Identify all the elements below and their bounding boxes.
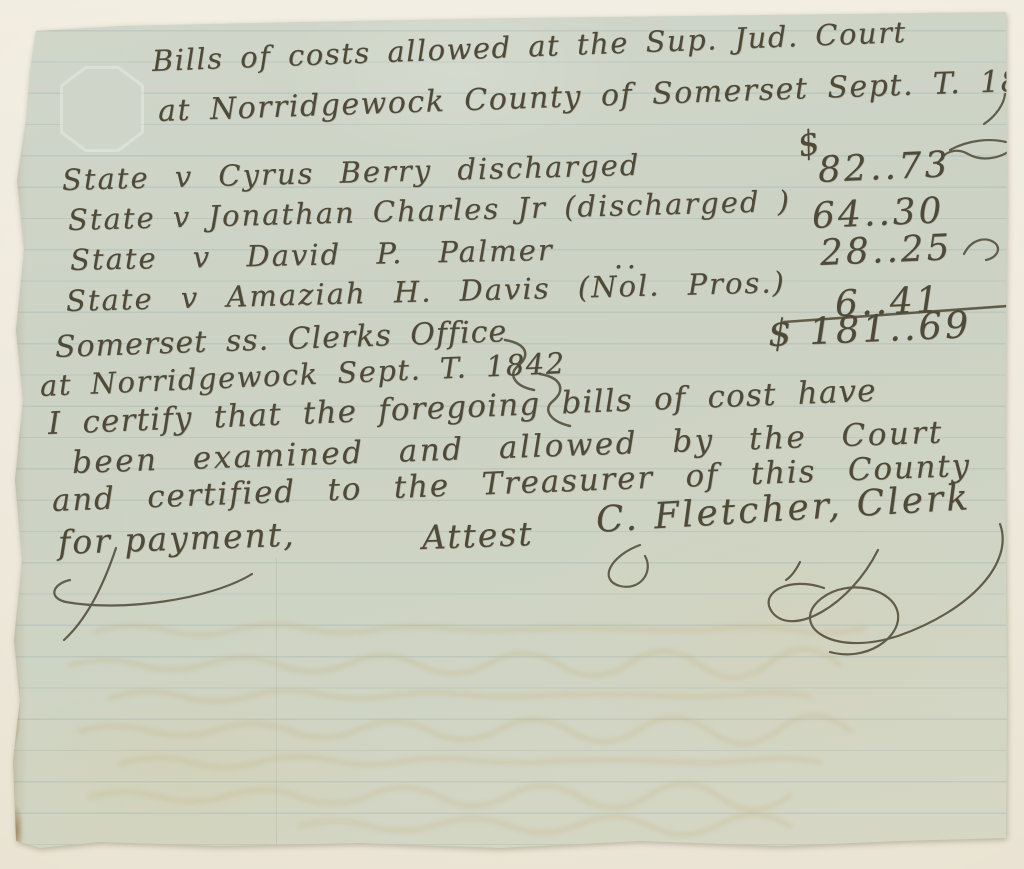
attest-label: Attest	[421, 514, 534, 557]
torn-left-edge	[8, 22, 26, 855]
signature-loop-b	[769, 550, 878, 621]
total-amount: $ 181..69	[767, 303, 972, 355]
signature-comma	[786, 562, 800, 580]
amount3-flourish	[964, 239, 998, 260]
case-amount-1: 82..73	[817, 144, 951, 191]
document-page: Bills of costs allowed at the Sup. Jud. …	[0, 0, 1024, 869]
dollar-line-dash	[950, 140, 1006, 150]
f-descender	[64, 548, 116, 640]
payment-swash	[54, 574, 252, 606]
scan-background: Bills of costs allowed at the Sup. Jud. …	[0, 0, 1024, 869]
case-name-3: State v David P. Palmer	[70, 233, 554, 277]
certification-line-4: for payment,	[57, 515, 296, 562]
attest-c-flourish	[609, 545, 648, 587]
embossed-seal	[60, 66, 144, 152]
fold-crease	[276, 558, 278, 845]
signature-loop-a	[810, 524, 1003, 654]
county-tail	[1008, 472, 1017, 502]
case-amount-3: 28..25	[819, 227, 953, 274]
heading-line-1: Bills of costs allowed at the Sup. Jud. …	[151, 15, 907, 78]
